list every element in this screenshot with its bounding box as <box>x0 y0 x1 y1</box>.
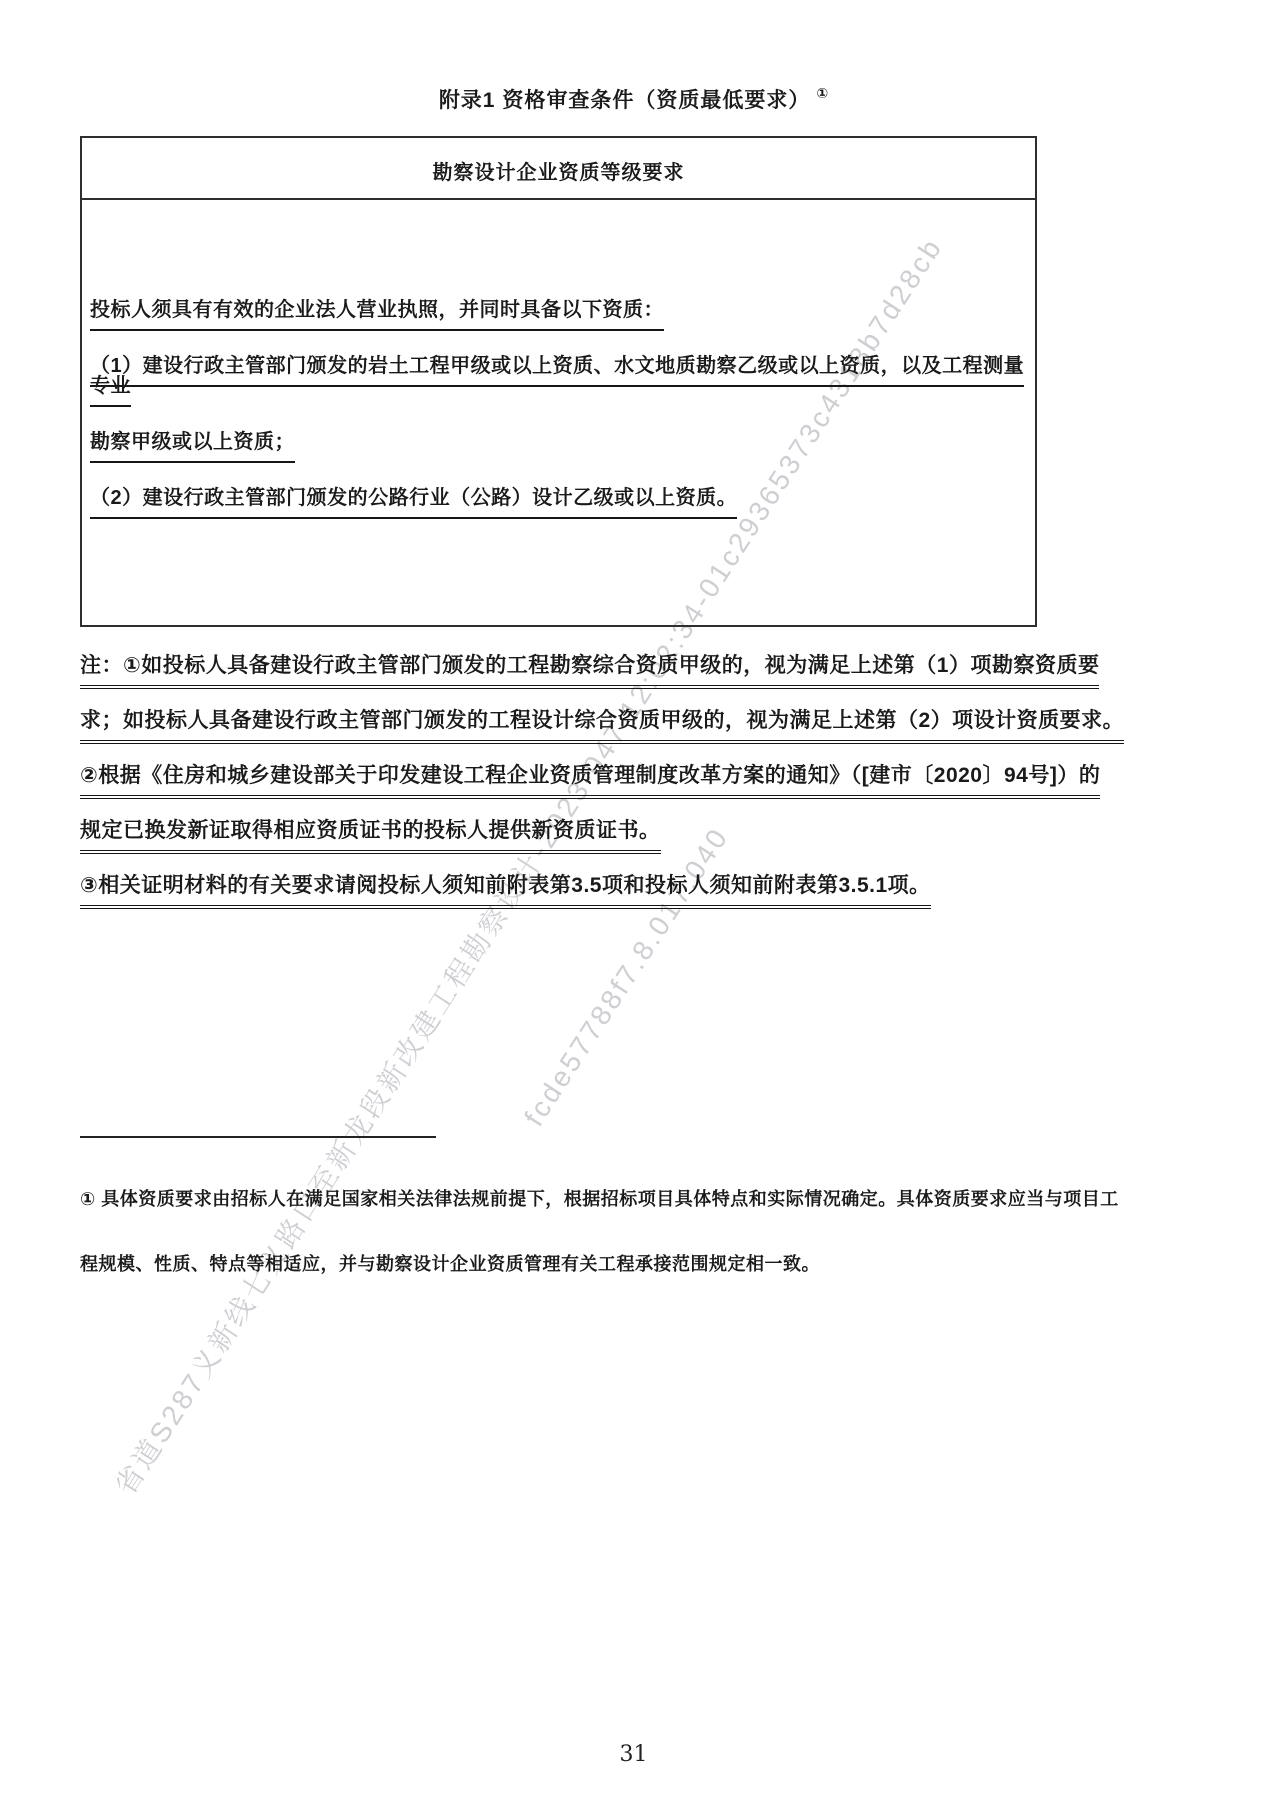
note-line-text: ③相关证明材料的有关要求请阅投标人须知前附表第3.5项和投标人须知前附表第3.5… <box>80 874 931 909</box>
table-body: 投标人须具有有效的企业法人营业执照，并同时具备以下资质： （1）建设行政主管部门… <box>82 200 1035 508</box>
requirement-line: 投标人须具有有效的企业法人营业执照，并同时具备以下资质： <box>90 300 1027 320</box>
note-line: ②根据《住房和城乡建设部关于印发建设工程企业资质管理制度改革方案的通知》（[建市… <box>80 765 1192 786</box>
title-footnote-marker: ① <box>816 85 828 101</box>
note-line-text: 求；如投标人具备建设行政主管部门颁发的工程设计综合资质甲级的，视为满足上述第（2… <box>80 709 1124 744</box>
note-line-text: 注：①如投标人具备建设行政主管部门颁发的工程勘察综合资质甲级的，视为满足上述第（… <box>80 654 1099 689</box>
note-line-text: ②根据《住房和城乡建设部关于印发建设工程企业资质管理制度改革方案的通知》（[建市… <box>80 764 1100 799</box>
page-number: 31 <box>0 1742 1267 1767</box>
requirement-line-text: （2）建设行政主管部门颁发的公路行业（公路）设计乙级或以上资质。 <box>90 487 737 519</box>
note-line: 求；如投标人具备建设行政主管部门颁发的工程设计综合资质甲级的，视为满足上述第（2… <box>80 710 1192 731</box>
note-line-text: 规定已换发新证取得相应资质证书的投标人提供新资质证书。 <box>80 819 661 854</box>
note-line: 规定已换发新证取得相应资质证书的投标人提供新资质证书。 <box>80 820 1192 841</box>
footnote-section: ① 具体资质要求由招标人在满足国家相关法律法规前提下，根据招标项目具体特点和实际… <box>80 1190 1195 1320</box>
page-title: 附录1 资格审查条件（资质最低要求）① <box>0 84 1267 114</box>
notes-section: 注：①如投标人具备建设行政主管部门颁发的工程勘察综合资质甲级的，视为满足上述第（… <box>80 655 1192 930</box>
requirement-line: 勘察甲级或以上资质； <box>90 432 1027 452</box>
requirement-line: （1）建设行政主管部门颁发的岩土工程甲级或以上资质、水文地质勘察乙级或以上资质，… <box>90 356 1027 396</box>
footnote-separator <box>80 1136 436 1138</box>
page-title-text: 附录1 资格审查条件（资质最低要求） <box>439 89 811 112</box>
table-header: 勘察设计企业资质等级要求 <box>82 138 1035 200</box>
note-line: 注：①如投标人具备建设行政主管部门颁发的工程勘察综合资质甲级的，视为满足上述第（… <box>80 655 1192 676</box>
requirement-line-text: 投标人须具有有效的企业法人营业执照，并同时具备以下资质： <box>90 299 664 331</box>
requirement-line: （2）建设行政主管部门颁发的公路行业（公路）设计乙级或以上资质。 <box>90 488 1027 508</box>
document-page: 省道S287义新线七义路口至新龙段新改建工程勘察设计-2023-047 12:0… <box>0 0 1267 1793</box>
footnote-line: 程规模、性质、特点等相适应，并与勘察设计企业资质管理有关工程承接范围规定相一致。 <box>80 1255 1195 1274</box>
qualification-table: 勘察设计企业资质等级要求 投标人须具有有效的企业法人营业执照，并同时具备以下资质… <box>80 136 1037 627</box>
note-line: ③相关证明材料的有关要求请阅投标人须知前附表第3.5项和投标人须知前附表第3.5… <box>80 875 1192 896</box>
requirement-line-text: （1）建设行政主管部门颁发的岩土工程甲级或以上资质、水文地质勘察乙级或以上资质，… <box>90 355 1024 407</box>
requirement-line-text: 勘察甲级或以上资质； <box>90 431 295 463</box>
footnote-line: ① 具体资质要求由招标人在满足国家相关法律法规前提下，根据招标项目具体特点和实际… <box>80 1190 1195 1209</box>
